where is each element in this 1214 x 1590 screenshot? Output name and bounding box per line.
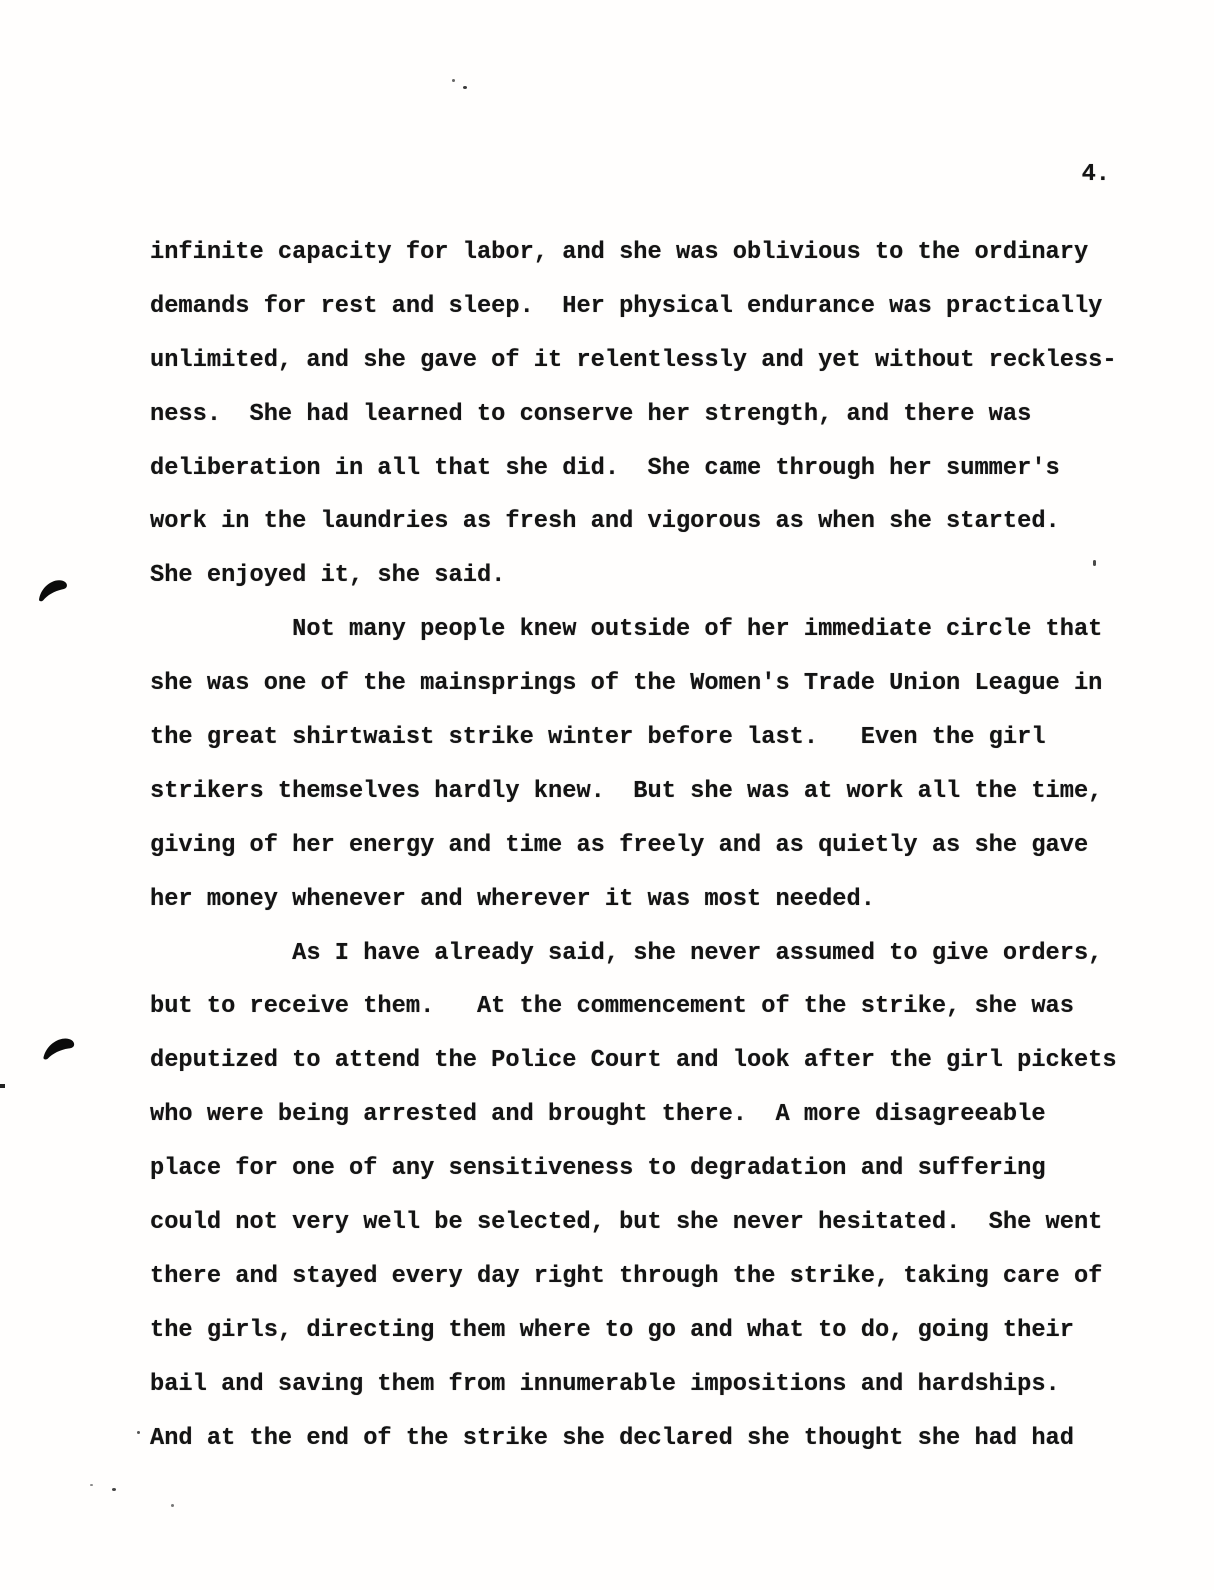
text-line: the girls, directing them where to go an…: [150, 1304, 1160, 1358]
ink-blot-mark: [43, 1036, 76, 1062]
text-line: ness. She had learned to conserve her st…: [150, 388, 1160, 442]
scanned-typewritten-page: 4. infinite capacity for labor, and she …: [0, 0, 1214, 1590]
text-line: could not very well be selected, but she…: [150, 1196, 1160, 1250]
text-line: deputized to attend the Police Court and…: [150, 1034, 1160, 1088]
text-line: Not many people knew outside of her imme…: [150, 603, 1160, 657]
text-line: place for one of any sensitiveness to de…: [150, 1142, 1160, 1196]
scan-speckle: [1093, 560, 1096, 566]
ink-blot-mark: [38, 579, 69, 602]
text-line: And at the end of the strike she declare…: [150, 1412, 1160, 1466]
text-line: demands for rest and sleep. Her physical…: [150, 280, 1160, 334]
text-line: the great shirtwaist strike winter befor…: [150, 711, 1160, 765]
scan-speckle: [137, 1431, 140, 1434]
page-number: 4.: [1040, 148, 1110, 202]
text-line: giving of her energy and time as freely …: [150, 819, 1160, 873]
text-line: there and stayed every day right through…: [150, 1250, 1160, 1304]
text-line: she was one of the mainsprings of the Wo…: [150, 657, 1160, 711]
text-line: unlimited, and she gave of it relentless…: [150, 334, 1160, 388]
text-line: who were being arrested and brought ther…: [150, 1088, 1160, 1142]
body-text: infinite capacity for labor, and she was…: [150, 226, 1160, 1465]
text-line: As I have already said, she never assume…: [150, 927, 1160, 981]
scan-speckle: [112, 1488, 116, 1491]
text-line: but to receive them. At the commencement…: [150, 980, 1160, 1034]
scan-speckle: [452, 79, 455, 82]
text-line: deliberation in all that she did. She ca…: [150, 442, 1160, 496]
text-line: bail and saving them from innumerable im…: [150, 1358, 1160, 1412]
text-line: work in the laundries as fresh and vigor…: [150, 495, 1160, 549]
scan-speckle: [0, 1084, 5, 1088]
scan-speckle: [463, 86, 467, 89]
text-line: She enjoyed it, she said.: [150, 549, 1160, 603]
scan-speckle: [90, 1484, 93, 1486]
scan-speckle: [171, 1504, 174, 1507]
text-line: infinite capacity for labor, and she was…: [150, 226, 1160, 280]
text-line: her money whenever and wherever it was m…: [150, 873, 1160, 927]
text-line: strikers themselves hardly knew. But she…: [150, 765, 1160, 819]
